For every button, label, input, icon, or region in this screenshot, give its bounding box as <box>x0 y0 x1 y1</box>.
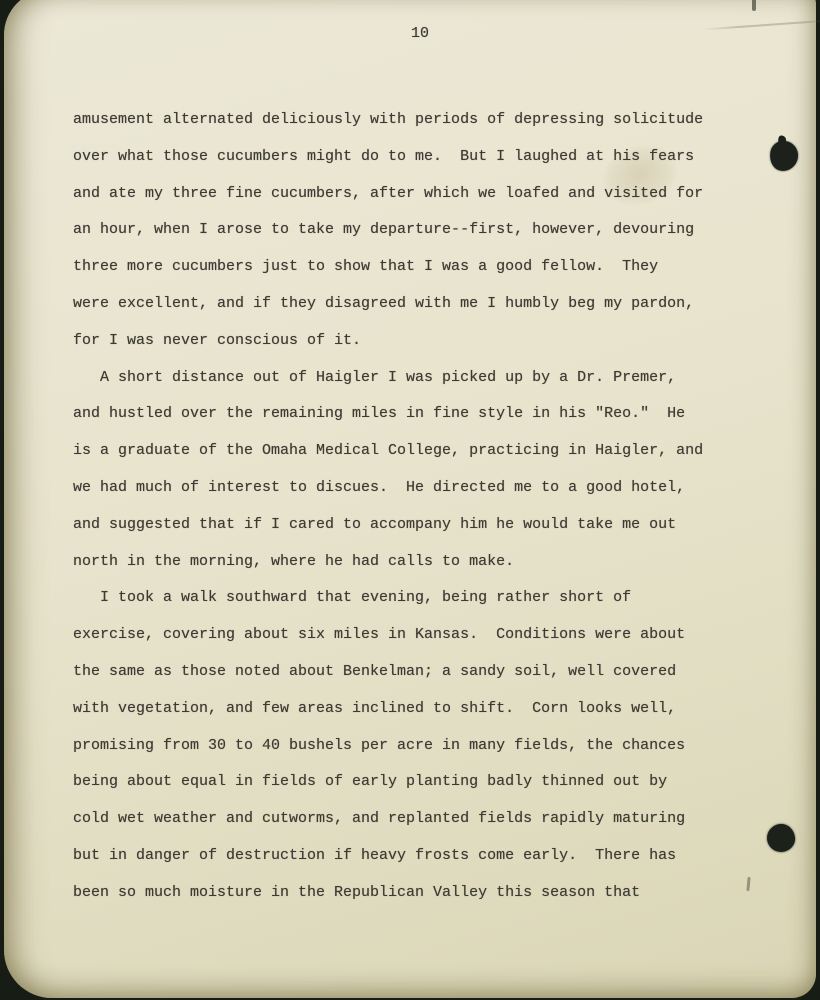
text-line: and ate my three fine cucumbers, after w… <box>73 176 753 213</box>
paper-crease <box>702 20 820 31</box>
edge-mark <box>752 0 756 11</box>
text-line: been so much moisture in the Republican … <box>73 875 753 912</box>
text-line: the same as those noted about Benkelman;… <box>73 654 753 691</box>
text-line: exercise, covering about six miles in Ka… <box>73 617 753 654</box>
text-line: for I was never conscious of it. <box>73 323 753 360</box>
text-line: cold wet weather and cutworms, and repla… <box>73 801 753 838</box>
text-line: I took a walk southward that evening, be… <box>73 580 753 617</box>
text-line: an hour, when I arose to take my departu… <box>73 212 753 249</box>
text-line: and hustled over the remaining miles in … <box>73 396 753 433</box>
text-line: but in danger of destruction if heavy fr… <box>73 838 753 875</box>
text-line: is a graduate of the Omaha Medical Colle… <box>73 433 753 470</box>
text-line: promising from 30 to 40 bushels per acre… <box>73 728 753 765</box>
text-line: north in the morning, where he had calls… <box>73 544 753 581</box>
text-line: three more cucumbers just to show that I… <box>73 249 753 286</box>
typewritten-text: amusement alternated deliciously with pe… <box>73 102 753 912</box>
text-line: we had much of interest to discues. He d… <box>73 470 753 507</box>
text-line: and suggested that if I cared to accompa… <box>73 507 753 544</box>
text-line: were excellent, and if they disagreed wi… <box>73 286 753 323</box>
text-line: over what those cucumbers might do to me… <box>73 139 753 176</box>
text-line: A short distance out of Haigler I was pi… <box>73 360 753 397</box>
text-line: amusement alternated deliciously with pe… <box>73 102 753 139</box>
text-line: with vegetation, and few areas inclined … <box>73 691 753 728</box>
page-number: 10 <box>411 25 429 42</box>
text-line: being about equal in fields of early pla… <box>73 764 753 801</box>
